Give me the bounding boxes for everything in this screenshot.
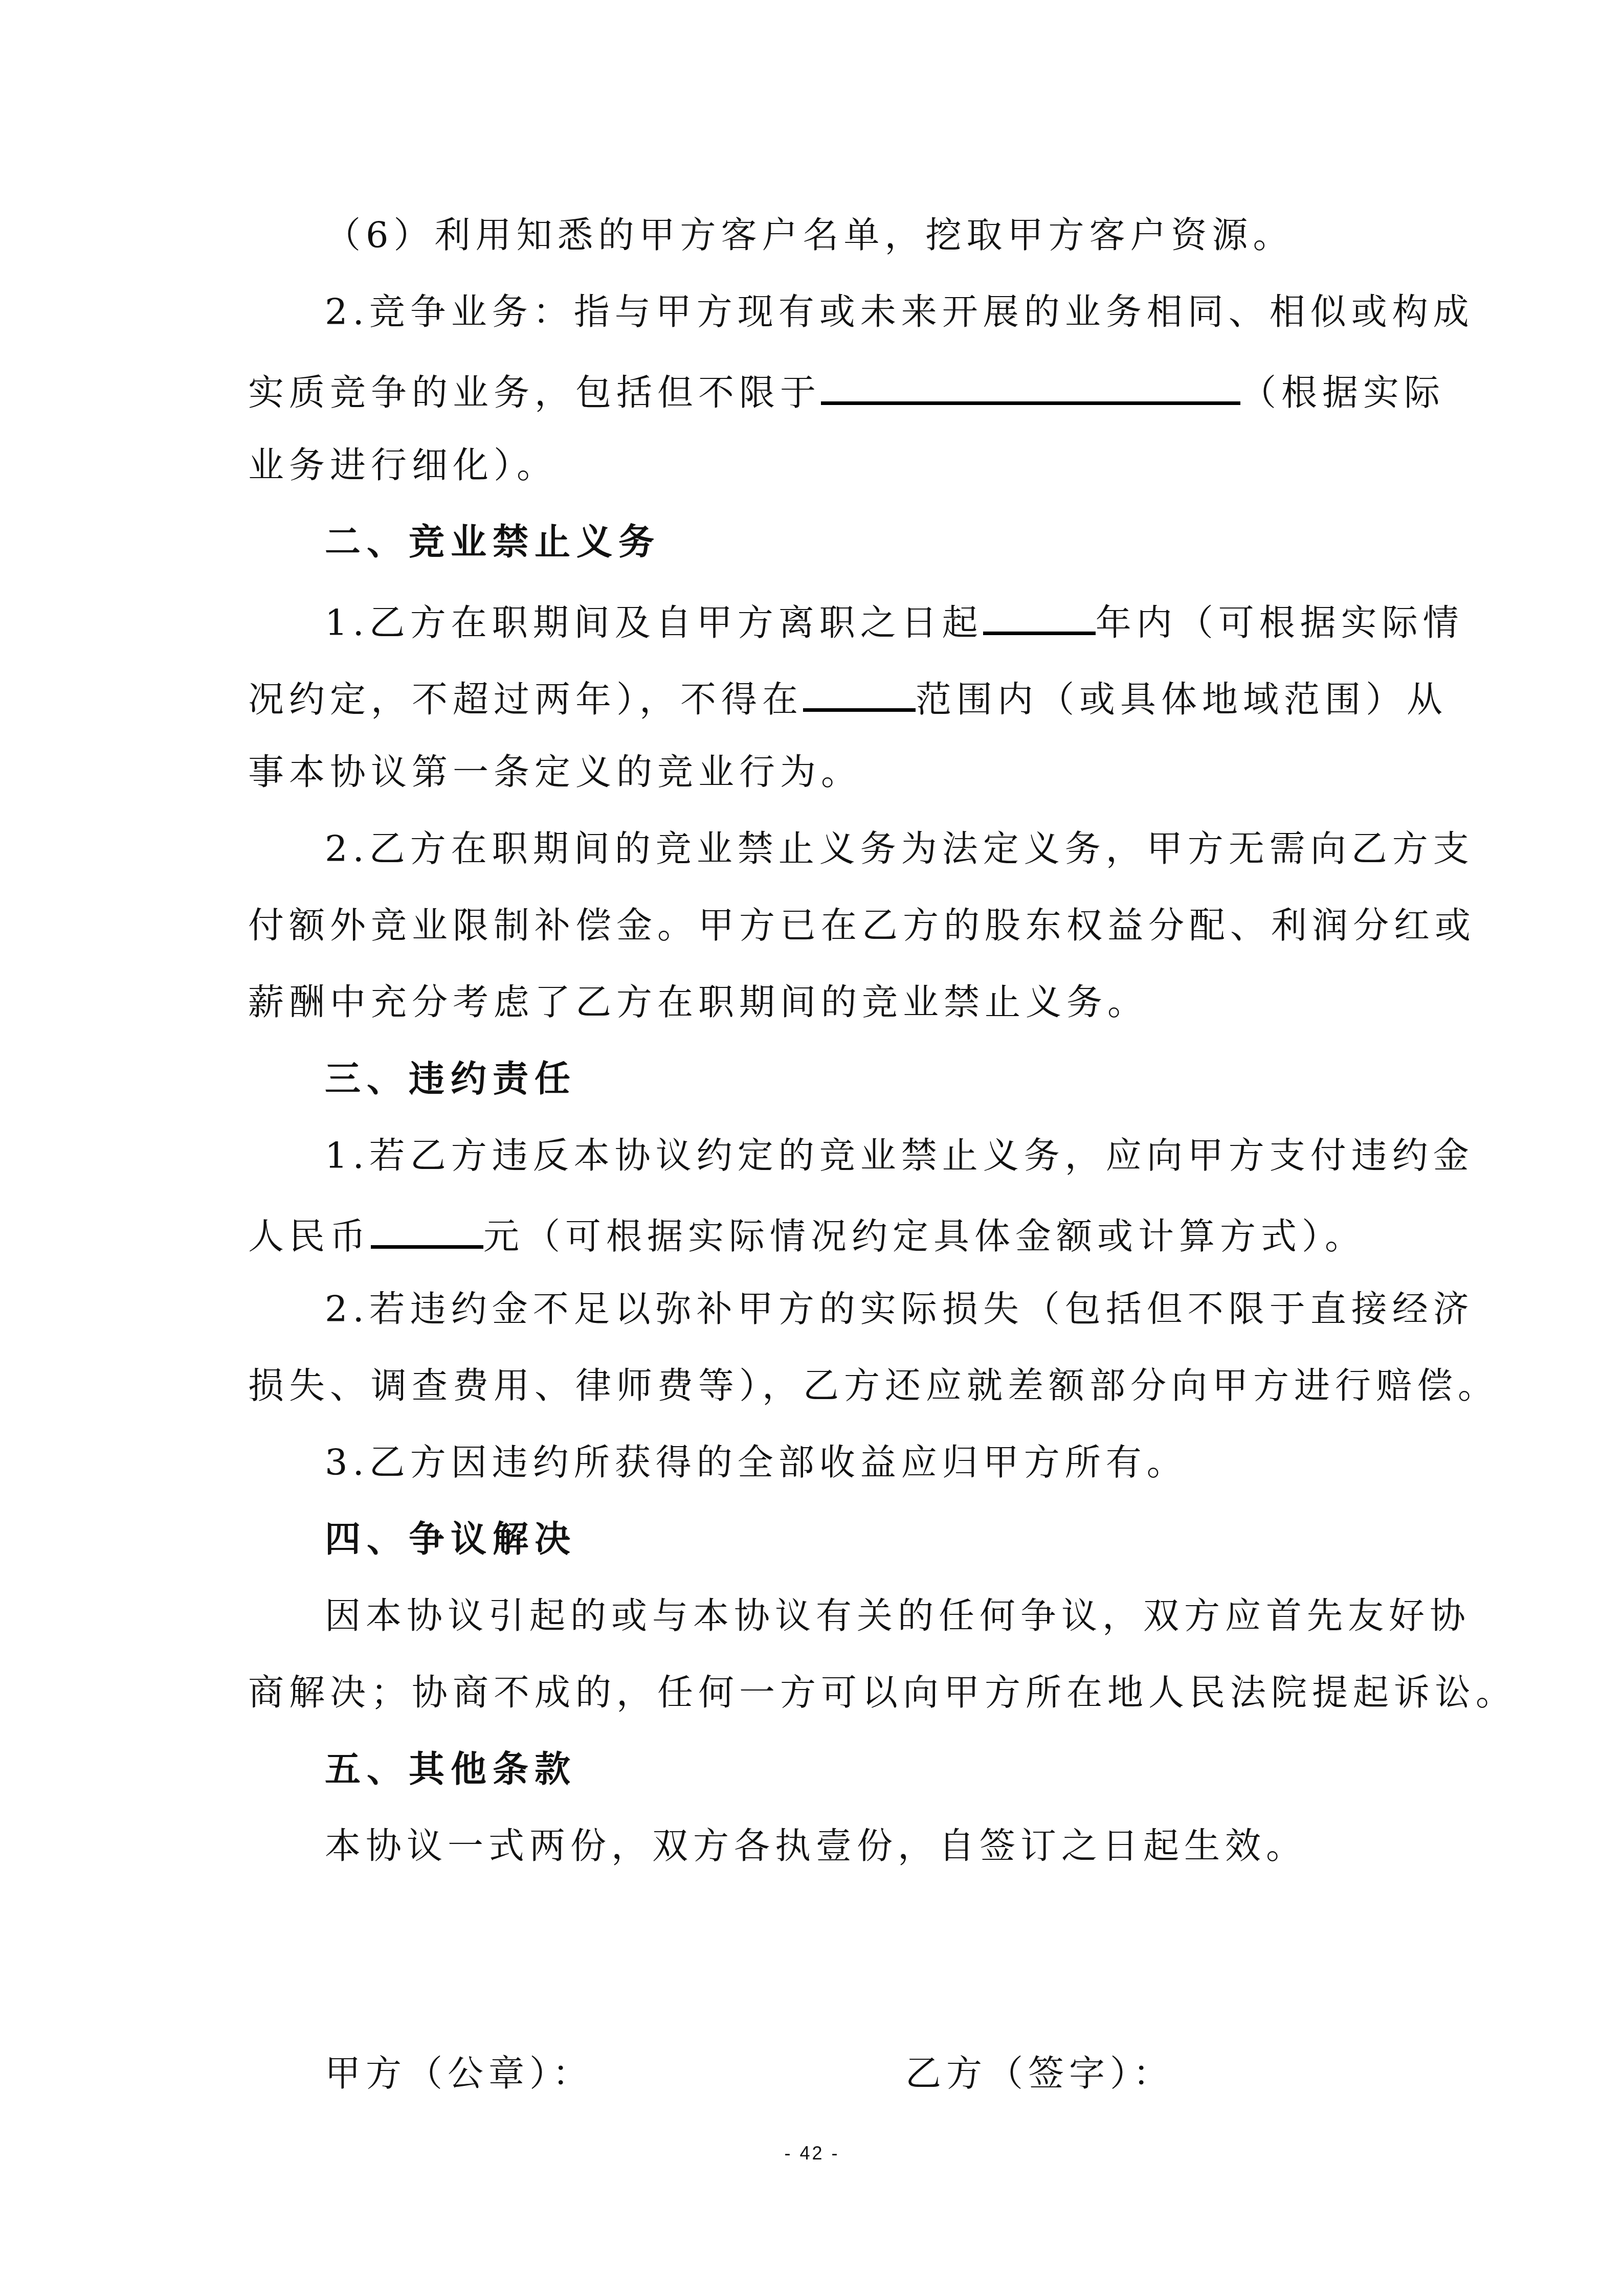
blank-business-scope-field[interactable] bbox=[821, 366, 1240, 405]
competing-business-line2: 实质竞争的业务，包括但不限于（根据实际 bbox=[248, 366, 1445, 416]
non-compete-p1-line3: 事本协议第一条定义的竞业行为。 bbox=[248, 749, 862, 795]
non-compete-p1-line1: 1.乙方在职期间及自甲方离职之日起年内（可根据实际情 bbox=[325, 596, 1464, 646]
liability-p2-line2: 损失、调查费用、律师费等），乙方还应就差额部分向甲方进行赔偿。 bbox=[248, 1363, 1389, 1409]
blank-penalty-amount-field[interactable] bbox=[371, 1209, 483, 1249]
section-heading-non-compete: 二、竞业禁止义务 bbox=[325, 519, 660, 565]
liability-p2-line1: 2.若违约金不足以弥补甲方的实际损失（包括但不限于直接经济 bbox=[325, 1286, 1389, 1332]
other-terms-line1: 本协议一式两份，双方各执壹份，自签订之日起生效。 bbox=[325, 1823, 1307, 1869]
blank-region-field[interactable] bbox=[803, 672, 916, 712]
party-b-signature-label: 乙方（签字）： bbox=[905, 2051, 1174, 2097]
text-segment: 年内（可根据实际情 bbox=[1096, 602, 1464, 644]
non-compete-p2-line3: 薪酬中充分考虑了乙方在职期间的竞业禁止义务。 bbox=[248, 979, 1148, 1025]
text-segment: 实质竞争的业务，包括但不限于 bbox=[248, 372, 821, 414]
text-segment: 况约定，不超过两年），不得在 bbox=[248, 679, 803, 721]
non-compete-p2-line1: 2.乙方在职期间的竞业禁止义务为法定义务，甲方无需向乙方支 bbox=[325, 826, 1389, 872]
text-segment: 元（可根据实际情况约定具体金额或计算方式）。 bbox=[483, 1215, 1366, 1257]
blank-years-field[interactable] bbox=[983, 596, 1096, 635]
party-a-signature-label: 甲方（公章）： bbox=[325, 2051, 593, 2097]
liability-p3: 3.乙方因违约所获得的全部收益应归甲方所有。 bbox=[325, 1439, 1188, 1485]
text-segment: 1.乙方在职期间及自甲方离职之日起 bbox=[325, 602, 983, 644]
clause-item-6: （6）利用知悉的甲方客户名单，挖取甲方客户资源。 bbox=[325, 212, 1294, 258]
text-segment: （根据实际 bbox=[1240, 372, 1445, 414]
competing-business-line1: 2.竞争业务：指与甲方现有或未来开展的业务相同、相似或构成 bbox=[325, 289, 1389, 335]
liability-p1-line1: 1.若乙方违反本协议约定的竞业禁止义务，应向甲方支付违约金 bbox=[325, 1133, 1389, 1179]
section-heading-other-terms: 五、其他条款 bbox=[325, 1746, 576, 1792]
dispute-line1: 因本协议引起的或与本协议有关的任何争议，双方应首先友好协 bbox=[325, 1593, 1389, 1639]
document-page: （6）利用知悉的甲方客户名单，挖取甲方客户资源。 2.竞争业务：指与甲方现有或未… bbox=[0, 0, 1624, 2296]
section-heading-liability: 三、违约责任 bbox=[325, 1056, 576, 1102]
text-segment: 范围内（或具体地域范围）从 bbox=[916, 679, 1448, 721]
section-heading-dispute: 四、争议解决 bbox=[325, 1516, 576, 1562]
competing-business-line3: 业务进行细化）。 bbox=[248, 442, 558, 488]
non-compete-p1-line2: 况约定，不超过两年），不得在范围内（或具体地域范围）从 bbox=[248, 672, 1448, 723]
dispute-line2: 商解决；协商不成的，任何一方可以向甲方所在地人民法院提起诉讼。 bbox=[248, 1670, 1389, 1716]
liability-p1-line2: 人民币元（可根据实际情况约定具体金额或计算方式）。 bbox=[248, 1209, 1366, 1259]
non-compete-p2-line2: 付额外竞业限制补偿金。甲方已在乙方的股东权益分配、利润分红或 bbox=[248, 903, 1389, 949]
page-number: - 42 - bbox=[0, 2143, 1624, 2164]
text-segment: 人民币 bbox=[248, 1215, 371, 1257]
